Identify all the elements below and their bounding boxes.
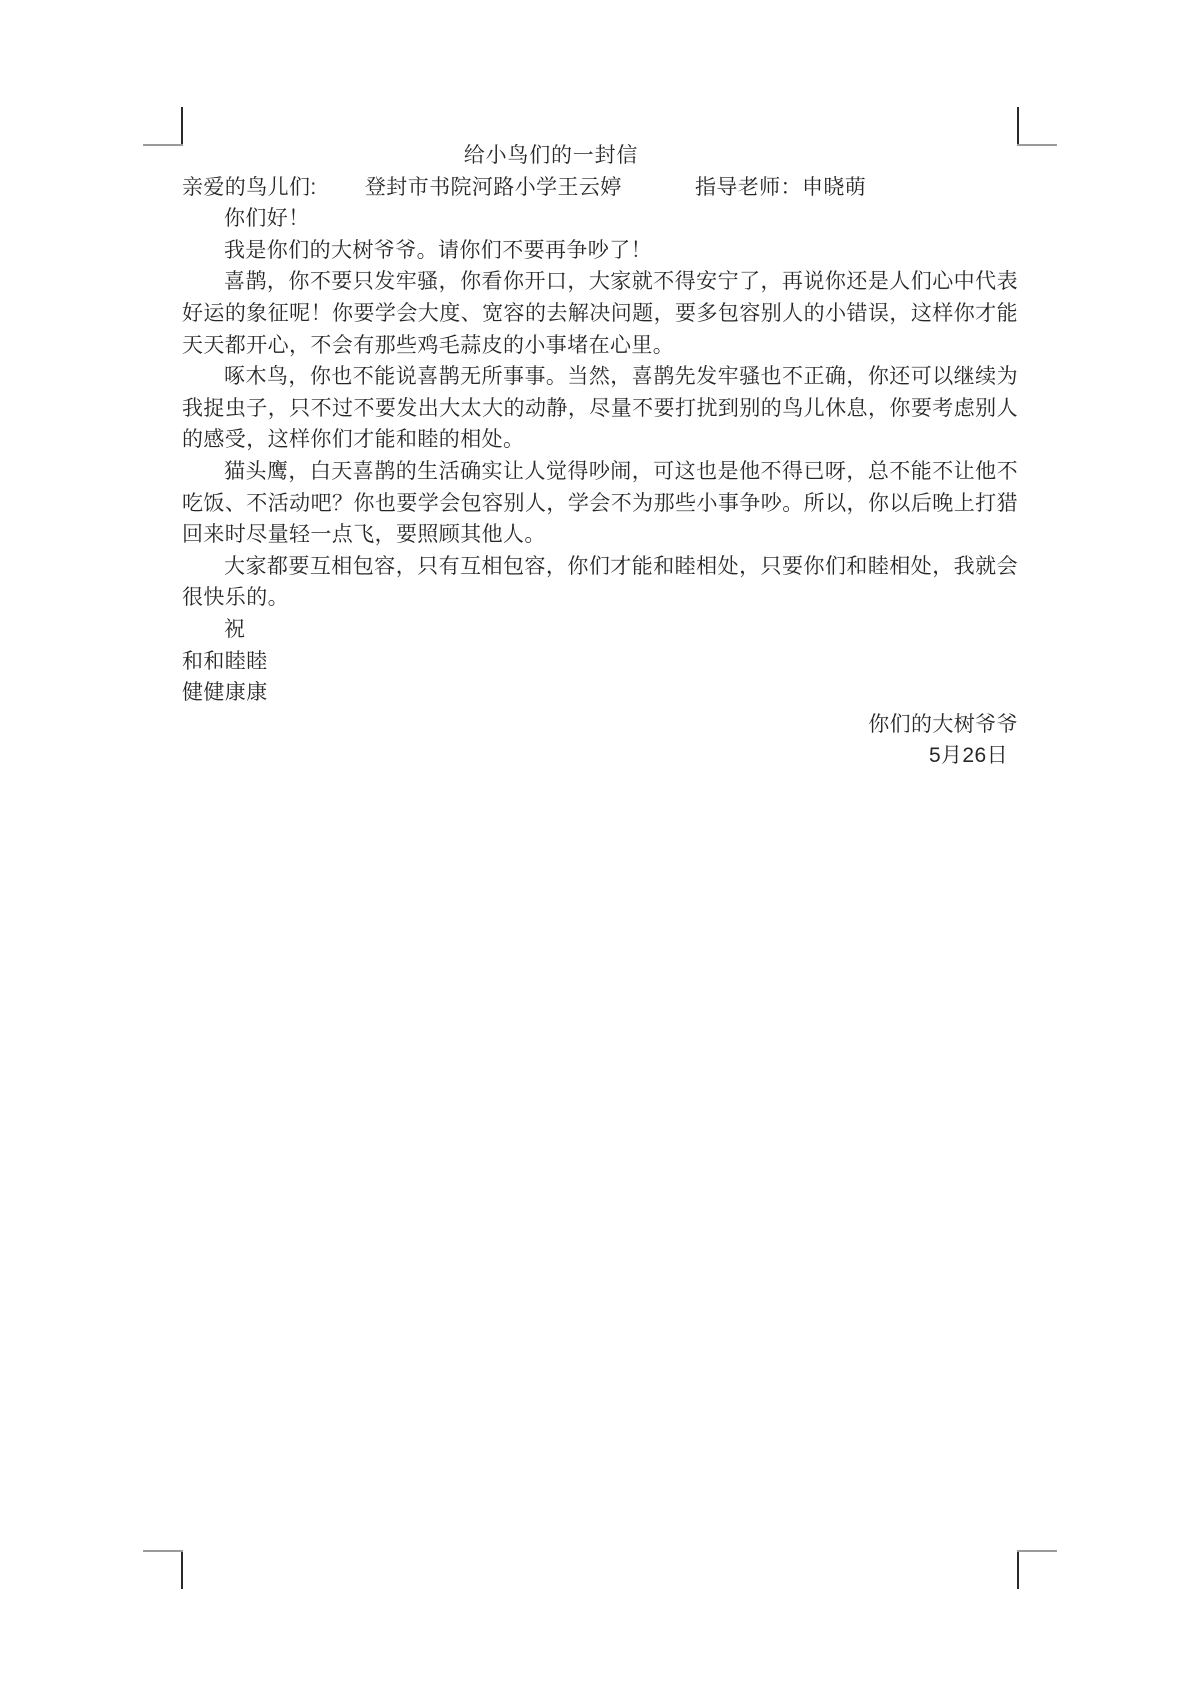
crop-mark-vertical-line [1017,1550,1019,1589]
letter-line: 回来时尽量轻一点飞，要照顾其他人。 [182,519,1018,551]
letter-line: 的感受，这样你们才能和睦的相处。 [182,424,1018,456]
letter-line: 健健康康 [182,677,1018,709]
letter-body: 你们好！我是你们的大树爷爷。请你们不要再争吵了！喜鹊，你不要只发牢骚，你看你开口… [182,203,1018,709]
letter-salutation: 亲爱的鸟儿们: [182,172,317,204]
letter-line: 我是你们的大树爷爷。请你们不要再争吵了！ [182,235,1018,267]
letter-page: 给小鸟们的一封信 亲爱的鸟儿们: 登封市书院河路小学王云婷 指导老师：申晓萌 你… [0,0,1200,1697]
letter-header: 亲爱的鸟儿们: 登封市书院河路小学王云婷 指导老师：申晓萌 [182,172,1018,204]
letter-date: 5月26日 [182,740,1018,772]
crop-mark-horizontal-line [143,1550,183,1552]
letter-line: 猫头鹰，白天喜鹊的生活确实让人觉得吵闹，可这也是他不得已呀，总不能不让他不 [182,456,1018,488]
letter-line: 我捉虫子，只不过不要发出大太大的动静，尽量不要打扰到别的鸟儿休息，你要考虑别人 [182,393,1018,425]
letter-signature: 你们的大树爷爷 [182,709,1018,741]
letter-line: 你们好！ [182,203,1018,235]
letter-title: 给小鸟们的一封信 [182,140,1018,172]
letter-line: 啄木鸟，你也不能说喜鹊无所事事。当然，喜鹊先发牢骚也不正确，你还可以继续为 [182,361,1018,393]
crop-mark-vertical-line [181,1550,183,1589]
crop-mark-horizontal-line [1017,1550,1057,1552]
letter-line: 和和睦睦 [182,646,1018,678]
letter-teacher-credit: 指导老师：申晓萌 [695,172,866,204]
letter-line: 好运的象征呢！你要学会大度、宽容的去解决问题，要多包容别人的小错误，这样你才能 [182,298,1018,330]
letter-line: 大家都要互相包容，只有互相包容，你们才能和睦相处，只要你们和睦相处，我就会 [182,551,1018,583]
letter-content: 给小鸟们的一封信 亲爱的鸟儿们: 登封市书院河路小学王云婷 指导老师：申晓萌 你… [182,140,1018,772]
letter-school-author: 登封市书院河路小学王云婷 [365,172,622,204]
letter-line: 吃饭、不活动吧？你也要学会包容别人，学会不为那些小事争吵。所以，你以后晚上打猎 [182,488,1018,520]
crop-mark-horizontal-line [143,144,183,146]
letter-line: 天天都开心，不会有那些鸡毛蒜皮的小事堵在心里。 [182,330,1018,362]
letter-line: 祝 [182,614,1018,646]
letter-line: 很快乐的。 [182,582,1018,614]
crop-mark-horizontal-line [1017,144,1057,146]
letter-line: 喜鹊，你不要只发牢骚，你看你开口，大家就不得安宁了，再说你还是人们心中代表 [182,266,1018,298]
